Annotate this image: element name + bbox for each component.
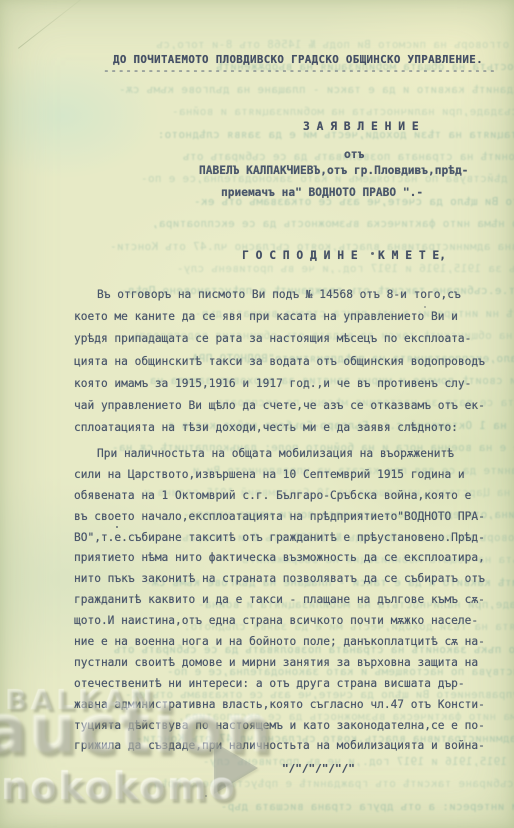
text-line: въ своето начало,експлоатацията на прѣдп…: [74, 510, 485, 531]
text-line: ВО",т.е.събиране такситѣ отъ гражданитѣ …: [74, 531, 485, 552]
ink-speck: [371, 252, 374, 255]
text-line: приятието нѣма нито фактическа възможнос…: [74, 551, 485, 572]
text-line: което ме каните да се явя при касата на …: [74, 310, 485, 332]
from-label: отъ: [344, 148, 364, 161]
scanned-document: Въ отговоръ на писмото Ви подъ № 14568 о…: [0, 0, 514, 828]
text-line: чай управлението Ви щѣло да счете,че азъ…: [74, 399, 485, 421]
salutation-line: Г О С П О Д И Н Е К М Е Т Е,: [242, 249, 446, 262]
text-line: сили на Царството,извършена на 10 Септем…: [74, 468, 485, 489]
text-line: сплоатацията на тѣзи доходи,честь ми е д…: [74, 421, 485, 443]
text-line: цията на общинскитѣ такси за водата отъ …: [74, 355, 485, 377]
text-line: щото.И наистина,отъ една страна всичкото…: [74, 614, 485, 635]
text-line: ние е на военна нога и на бойното поле; …: [74, 635, 485, 656]
page-break-marker: "/"/"/"/"/": [282, 762, 355, 775]
text-line: нито пъкъ законитѣ на страната позволява…: [74, 572, 485, 593]
typed-text-layer: ДО ПОЧИТАЕМОТО ПЛОВДИВСКО ГРАДСКО ОБЩИНС…: [0, 0, 514, 828]
text-line: туцията дѣйствува по настоящемъ и като з…: [74, 719, 485, 740]
applicant-name-line: ПАВЕЛЪ КАЛПАКЧИЕВЪ,отъ гр.Пловдивъ,прѣд-: [199, 164, 468, 177]
text-line: пустнали своитѣ домове и мирни занятия з…: [74, 656, 485, 677]
text-line: жавна административна власть,която съгла…: [74, 698, 485, 719]
text-line: При наличностьта на общата мобилизация н…: [74, 447, 485, 468]
applicant-title-line: приемачъ на" ВОДНОТО ПРАВО ".-: [221, 186, 423, 199]
text-line: обявената на 1 Октомврий с.г. Българо-Ср…: [74, 489, 485, 510]
body-paragraph-2: При наличностьта на общата мобилизация н…: [74, 447, 485, 760]
ink-speck: [116, 526, 118, 528]
text-line: урѣдя припадащата се рата за настоящия м…: [74, 332, 485, 354]
text-line: грижила да създаде,при наличностьта на м…: [74, 739, 485, 760]
addressee-underline: ----------------------------------------…: [103, 64, 495, 77]
text-line: която имамъ за 1915,1916 и 1917 год.,и ч…: [74, 377, 485, 399]
body-paragraph-1: Въ отговоръ на писмото Ви подъ № 14568 о…: [74, 288, 485, 443]
text-line: гражданитѣ каквито и да е такси - плащан…: [74, 593, 485, 614]
ink-speck: [424, 306, 426, 308]
watermark-arrow-icon: [214, 742, 258, 794]
text-line: отечественитѣ ни интереси: а отъ друга с…: [74, 677, 485, 698]
ink-speck: [205, 795, 207, 797]
document-title: З А Я В Л Е Н И Е: [303, 120, 419, 133]
